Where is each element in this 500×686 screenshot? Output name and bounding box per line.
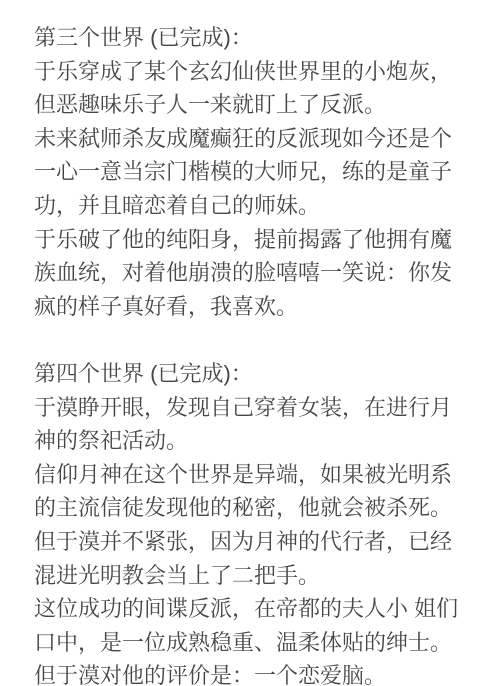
world-3-text-line: 一心一意当宗门楷模的大师兄，练的是童子	[34, 155, 480, 189]
world-4-text-line: 但于漠对他的评价是：一个恋爱脑。	[34, 659, 480, 686]
world-4-text-line: 神的祭祀活动。	[34, 424, 480, 458]
world-4-text-line: 信仰月神在这个世界是异端，如果被光明系	[34, 458, 480, 492]
world-4-text-line: 口中，是一位成熟稳重、温柔体贴的绅士。	[34, 626, 480, 660]
world-4-text-line: 于漠睁开眼，发现自己穿着女装，在进行月	[34, 391, 480, 425]
world-3-text-line: 功，并且暗恋着自己的师妹。	[34, 189, 480, 223]
world-4-heading: 第四个世界 (已完成)：	[34, 357, 480, 391]
world-4-text-line: 的主流信徒发现他的秘密，他就会被杀死。	[34, 491, 480, 525]
world-3-text-line: 于乐穿成了某个玄幻仙侠世界里的小炮灰，	[34, 55, 480, 89]
novel-worlds-text-page: 第三个世界 (已完成)： 于乐穿成了某个玄幻仙侠世界里的小炮灰， 但恶趣味乐子人…	[0, 0, 500, 686]
world-4-section: 第四个世界 (已完成)： 于漠睁开眼，发现自己穿着女装，在进行月 神的祭祀活动。…	[34, 357, 480, 686]
world-4-text-line: 但于漠并不紧张，因为月神的代行者，已经	[34, 525, 480, 559]
world-3-text-line: 于乐破了他的纯阳身，提前揭露了他拥有魔	[34, 223, 480, 257]
world-3-text-line: 但恶趣味乐子人一来就盯上了反派。	[34, 88, 480, 122]
world-4-text-line: 混进光明教会当上了二把手。	[34, 559, 480, 593]
world-3-text-line: 疯的样子真好看，我喜欢。	[34, 290, 480, 324]
world-3-text-line: 未来弑师杀友成魔癫狂的反派现如今还是个	[34, 122, 480, 156]
world-3-text-line: 族血统，对着他崩溃的脸嘻嘻一笑说：你发	[34, 256, 480, 290]
world-3-heading: 第三个世界 (已完成)：	[34, 21, 480, 55]
world-4-text-line: 这位成功的间谍反派，在帝都的夫人小 姐们	[34, 592, 480, 626]
world-3-section: 第三个世界 (已完成)： 于乐穿成了某个玄幻仙侠世界里的小炮灰， 但恶趣味乐子人…	[34, 21, 480, 323]
